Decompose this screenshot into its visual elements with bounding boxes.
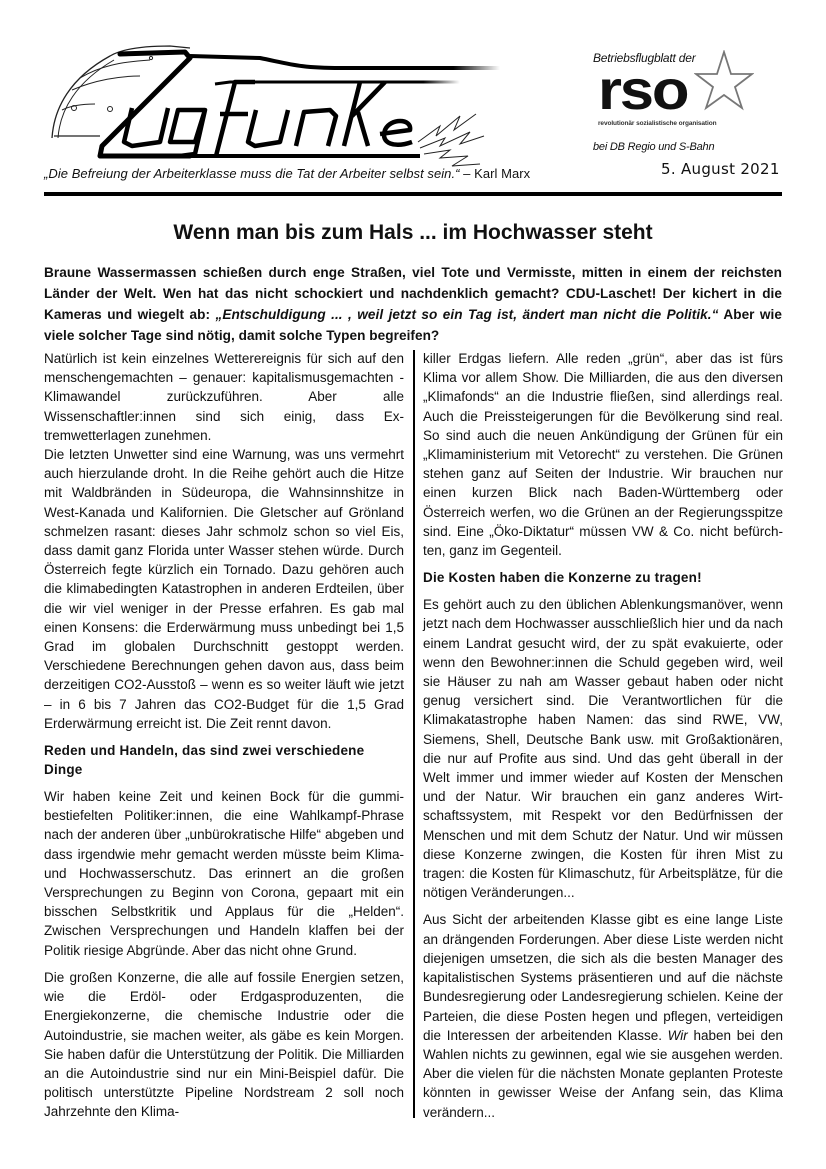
paragraph: Die großen Konzerne, die alle auf fossil…: [44, 968, 404, 1122]
section-heading: Die Kosten haben die Konzerne zu tragen!: [423, 568, 783, 587]
paragraph: Wir haben keine Zeit und keinen Bock für…: [44, 787, 404, 960]
quote-author: – Karl Marx: [460, 166, 531, 181]
issue-date: 5. August 2021: [661, 160, 780, 178]
article-lead: Braune Wassermassen schießen durch enge …: [44, 262, 782, 346]
masthead-quote: „Die Befreiung der Arbeiterklasse muss d…: [44, 166, 530, 181]
flyer-page: Betriebsflugblatt der rso revolutionär s…: [0, 0, 826, 1169]
rso-logo-text: rso: [598, 62, 687, 118]
quote-text: „Die Befreiung der Arbeiterklasse muss d…: [44, 166, 460, 181]
paragraph: killer Erdgas liefern. Alle reden „grün“…: [423, 349, 783, 560]
paragraph-text: Aus Sicht der arbeitenden Klasse gibt es…: [423, 912, 783, 1042]
article-title: Wenn man bis zum Hals ... im Hochwasser …: [0, 221, 826, 245]
paragraph: Es gehört auch zu den üblichen Ablenkung…: [423, 595, 783, 902]
zugfunke-logo: [40, 38, 520, 168]
publisher-fullname: revolutionär sozialistische organisation: [598, 120, 716, 127]
paragraph: Die letzten Unwetter sind eine Warnung, …: [44, 445, 404, 733]
section-heading: Reden und Handeln, das sind zwei verschi…: [44, 741, 404, 779]
masthead-divider: [44, 192, 782, 196]
column-divider: [413, 350, 415, 1118]
lead-quote: „Entschuldigung ... , weil jetzt so ein …: [215, 307, 718, 322]
emphasis: Wir: [668, 1028, 688, 1043]
left-column: Natürlich ist kein einzelnes Wetterereig…: [44, 349, 404, 1130]
right-column: killer Erdgas liefern. Alle reden „grün“…: [423, 349, 783, 1130]
publisher-suffix: bei DB Regio und S-Bahn: [593, 141, 714, 153]
star-icon: [694, 50, 754, 112]
paragraph: Natürlich ist kein einzelnes Wetterereig…: [44, 349, 404, 445]
paragraph: Aus Sicht der arbeitenden Klasse gibt es…: [423, 910, 783, 1121]
publisher-block: Betriebsflugblatt der rso revolutionär s…: [590, 48, 790, 168]
